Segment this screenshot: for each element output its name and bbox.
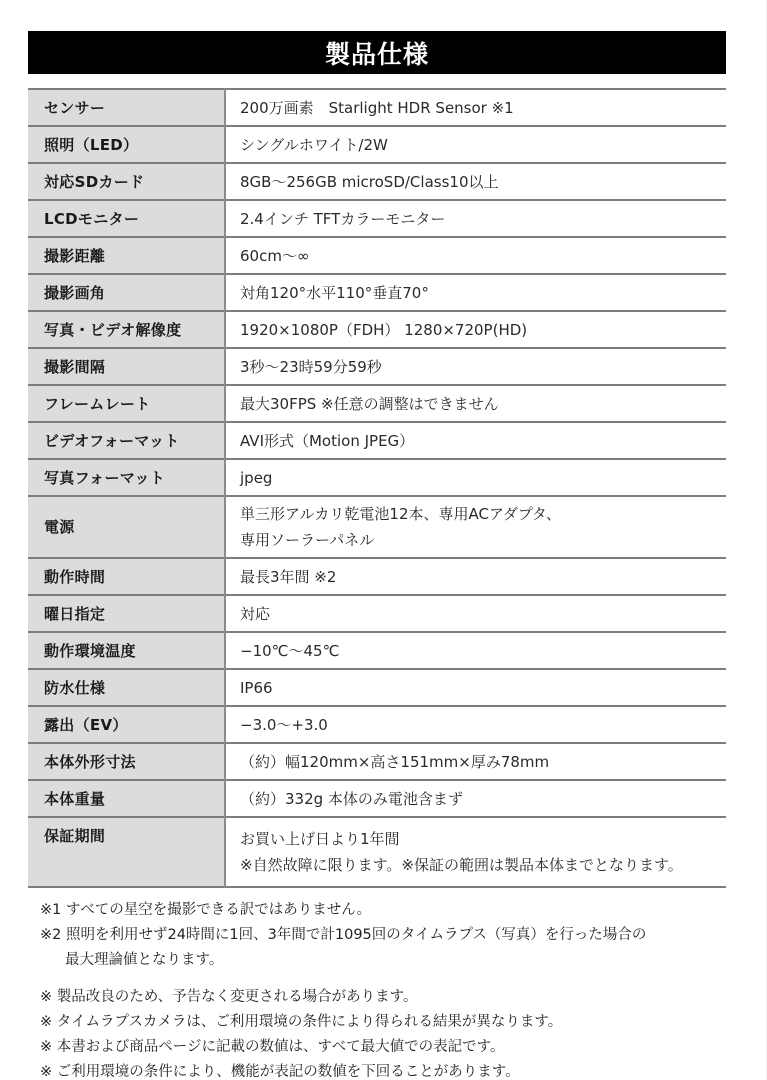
spec-row-sensor: センサー 200万画素 Starlight HDR Sensor ※1 — [28, 89, 726, 126]
spec-row-warranty: 保証期間 お買い上げ日より1年間 ※自然故障に限ります。※保証の範囲は製品本体ま… — [28, 817, 726, 887]
page-title: 製品仕様 — [28, 31, 726, 74]
spec-value: 最大30FPS ※任意の調整はできません — [225, 385, 726, 422]
spec-value: お買い上げ日より1年間 ※自然故障に限ります。※保証の範囲は製品本体までとなりま… — [225, 817, 726, 887]
spec-value: 単三形アルカリ乾電池12本、専用ACアダプタ、 専用ソーラーパネル — [225, 496, 726, 558]
spec-value: 60cm～∞ — [225, 237, 726, 274]
spec-value: 2.4インチ TFTカラーモニター — [225, 200, 726, 237]
spec-value: IP66 — [225, 669, 726, 706]
spec-label: センサー — [28, 89, 225, 126]
spec-value: 1920×1080P（FDH） 1280×720P(HD) — [225, 311, 726, 348]
spec-value: 最長3年間 ※2 — [225, 558, 726, 595]
general-note: ※ タイムラプスカメラは、ご利用環境の条件により得られる結果が異なります。 — [40, 1010, 740, 1035]
spec-value: 200万画素 Starlight HDR Sensor ※1 — [225, 89, 726, 126]
spec-label: 動作環境温度 — [28, 632, 225, 669]
footnote-1: ※1 すべての星空を撮影できる訳ではありません。 — [40, 898, 740, 923]
spec-label: 防水仕様 — [28, 669, 225, 706]
footnote-spacer — [40, 973, 740, 985]
spec-row-resolution: 写真・ビデオ解像度 1920×1080P（FDH） 1280×720P(HD) — [28, 311, 726, 348]
spec-row-weight: 本体重量 （約）332g 本体のみ電池含まず — [28, 780, 726, 817]
spec-label: 曜日指定 — [28, 595, 225, 632]
spec-label: 撮影画角 — [28, 274, 225, 311]
spec-label: 撮影距離 — [28, 237, 225, 274]
spec-row-sd-card: 対応SDカード 8GB～256GB microSD/Class10以上 — [28, 163, 726, 200]
spec-label: ビデオフォーマット — [28, 422, 225, 459]
spec-row-temperature: 動作環境温度 −10℃～45℃ — [28, 632, 726, 669]
spec-value: −3.0～+3.0 — [225, 706, 726, 743]
spec-row-weekday: 曜日指定 対応 — [28, 595, 726, 632]
spec-value: （約）幅120mm×高さ151mm×厚み78mm — [225, 743, 726, 780]
spec-row-angle: 撮影画角 対角120°水平110°垂直70° — [28, 274, 726, 311]
spec-value: 3秒～23時59分59秒 — [225, 348, 726, 385]
spec-label: フレームレート — [28, 385, 225, 422]
spec-value: AVI形式（Motion JPEG） — [225, 422, 726, 459]
general-note: ※ 製品改良のため、予告なく変更される場合があります。 — [40, 985, 740, 1010]
spec-row-power: 電源 単三形アルカリ乾電池12本、専用ACアダプタ、 専用ソーラーパネル — [28, 496, 726, 558]
spec-row-distance: 撮影距離 60cm～∞ — [28, 237, 726, 274]
spec-value: 8GB～256GB microSD/Class10以上 — [225, 163, 726, 200]
spec-row-lcd: LCDモニター 2.4インチ TFTカラーモニター — [28, 200, 726, 237]
spec-label: 撮影間隔 — [28, 348, 225, 385]
footnotes: ※1 すべての星空を撮影できる訳ではありません。 ※2 照明を利用せず24時間に… — [40, 898, 740, 1080]
spec-value: シングルホワイト/2W — [225, 126, 726, 163]
spec-row-dimensions: 本体外形寸法 （約）幅120mm×高さ151mm×厚み78mm — [28, 743, 726, 780]
spec-label: 本体外形寸法 — [28, 743, 225, 780]
general-note: ※ ご利用環境の条件により、機能が表記の数値を下回ることがあります。 — [40, 1060, 740, 1080]
spec-row-operating-time: 動作時間 最長3年間 ※2 — [28, 558, 726, 595]
spec-label: 写真フォーマット — [28, 459, 225, 496]
spec-label: LCDモニター — [28, 200, 225, 237]
spec-value: jpeg — [225, 459, 726, 496]
spec-label: 動作時間 — [28, 558, 225, 595]
spec-label: 照明（LED） — [28, 126, 225, 163]
footnote-2-continued: 最大理論値となります。 — [40, 948, 740, 973]
general-note: ※ 本書および商品ページに記載の数値は、すべて最大値での表記です。 — [40, 1035, 740, 1060]
spec-value: 対角120°水平110°垂直70° — [225, 274, 726, 311]
spec-table: センサー 200万画素 Starlight HDR Sensor ※1 照明（L… — [28, 88, 726, 888]
spec-value: −10℃～45℃ — [225, 632, 726, 669]
spec-row-exposure: 露出（EV） −3.0～+3.0 — [28, 706, 726, 743]
spec-row-photo-format: 写真フォーマット jpeg — [28, 459, 726, 496]
spec-label: 対応SDカード — [28, 163, 225, 200]
spec-value: （約）332g 本体のみ電池含まず — [225, 780, 726, 817]
spec-label: 電源 — [28, 496, 225, 558]
spec-row-framerate: フレームレート 最大30FPS ※任意の調整はできません — [28, 385, 726, 422]
spec-value: 対応 — [225, 595, 726, 632]
spec-label: 写真・ビデオ解像度 — [28, 311, 225, 348]
footnote-2: ※2 照明を利用せず24時間に1回、3年間で計1095回のタイムラプス（写真）を… — [40, 923, 740, 948]
spec-label: 本体重量 — [28, 780, 225, 817]
spec-row-interval: 撮影間隔 3秒～23時59分59秒 — [28, 348, 726, 385]
spec-label: 保証期間 — [28, 817, 225, 887]
spec-row-waterproof: 防水仕様 IP66 — [28, 669, 726, 706]
spec-row-video-format: ビデオフォーマット AVI形式（Motion JPEG） — [28, 422, 726, 459]
spec-row-lighting: 照明（LED） シングルホワイト/2W — [28, 126, 726, 163]
spec-label: 露出（EV） — [28, 706, 225, 743]
